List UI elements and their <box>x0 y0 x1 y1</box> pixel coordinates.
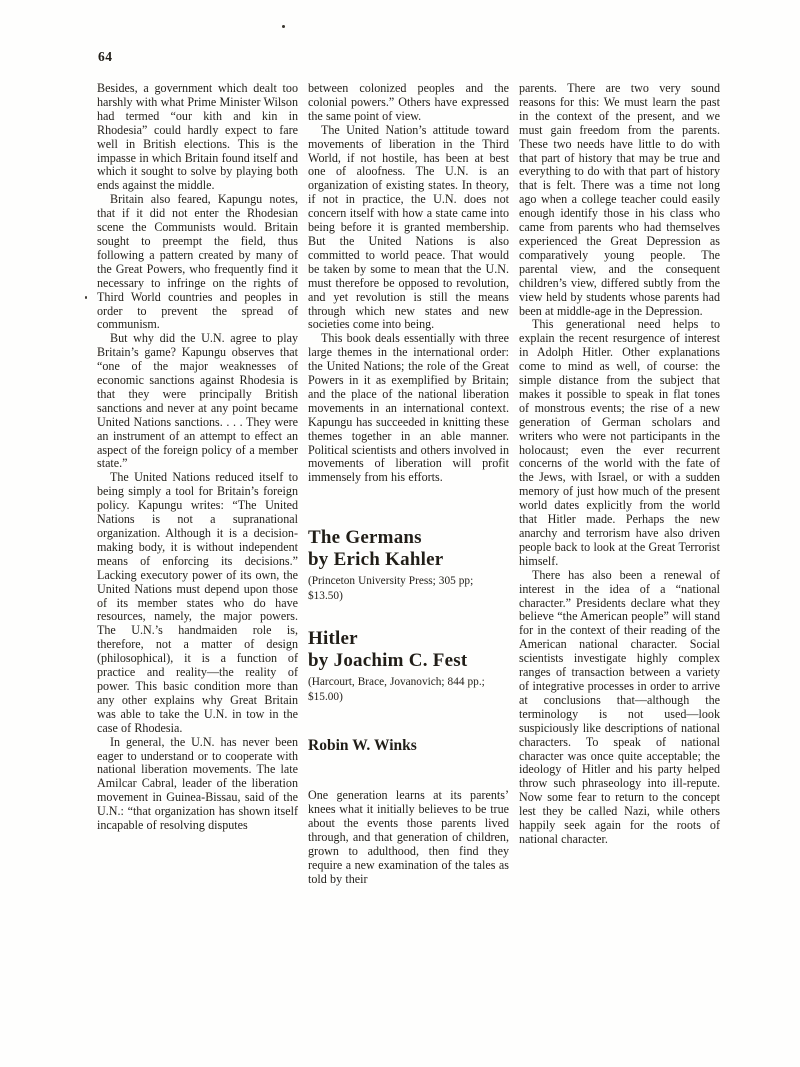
book-title: Hitler <box>308 628 509 650</box>
book-heading-the-germans: The Germans by Erich Kahler (Princeton U… <box>308 527 509 604</box>
paragraph: This book deals essentially with three l… <box>308 332 509 485</box>
paragraph: The United Nations reduced itself to bei… <box>97 471 298 735</box>
book-author: by Erich Kahler <box>308 549 509 571</box>
paragraph: The United Nation’s attitude toward move… <box>308 124 509 333</box>
book-heading-hitler: Hitler by Joachim C. Fest (Harcourt, Bra… <box>308 628 509 705</box>
book-title: The Germans <box>308 527 509 549</box>
paragraph: One generation learns at its parents’ kn… <box>308 789 509 886</box>
column-middle: between colonized peoples and the coloni… <box>308 82 509 887</box>
paragraph: Britain also feared, Kapungu notes, that… <box>97 193 298 332</box>
book-publisher-info: (Harcourt, Brace, Jovanovich; 844 pp.; $… <box>308 675 509 705</box>
text-columns: Besides, a government which dealt too ha… <box>97 82 721 887</box>
column-right: parents. There are two very sound reason… <box>519 82 720 887</box>
paragraph: parents. There are two very sound reason… <box>519 82 720 318</box>
ink-speck <box>282 25 285 28</box>
book-publisher-info: (Princeton University Press; 305 pp; $13… <box>308 574 509 604</box>
column-left: Besides, a government which dealt too ha… <box>97 82 298 887</box>
paragraph: between colonized peoples and the coloni… <box>308 82 509 124</box>
ink-speck <box>85 296 87 299</box>
paragraph: Besides, a government which dealt too ha… <box>97 82 298 193</box>
scanned-book-review-page: 64 Besides, a government which dealt too… <box>0 0 800 1067</box>
paragraph: There has also been a renewal of interes… <box>519 569 720 847</box>
page-number: 64 <box>98 49 113 65</box>
paragraph: This generational need helps to explain … <box>519 318 720 568</box>
paragraph: But why did the U.N. agree to play Brita… <box>97 332 298 471</box>
book-author: by Joachim C. Fest <box>308 650 509 672</box>
paragraph: In general, the U.N. has never been eage… <box>97 736 298 833</box>
reviewer-byline: Robin W. Winks <box>308 737 509 755</box>
